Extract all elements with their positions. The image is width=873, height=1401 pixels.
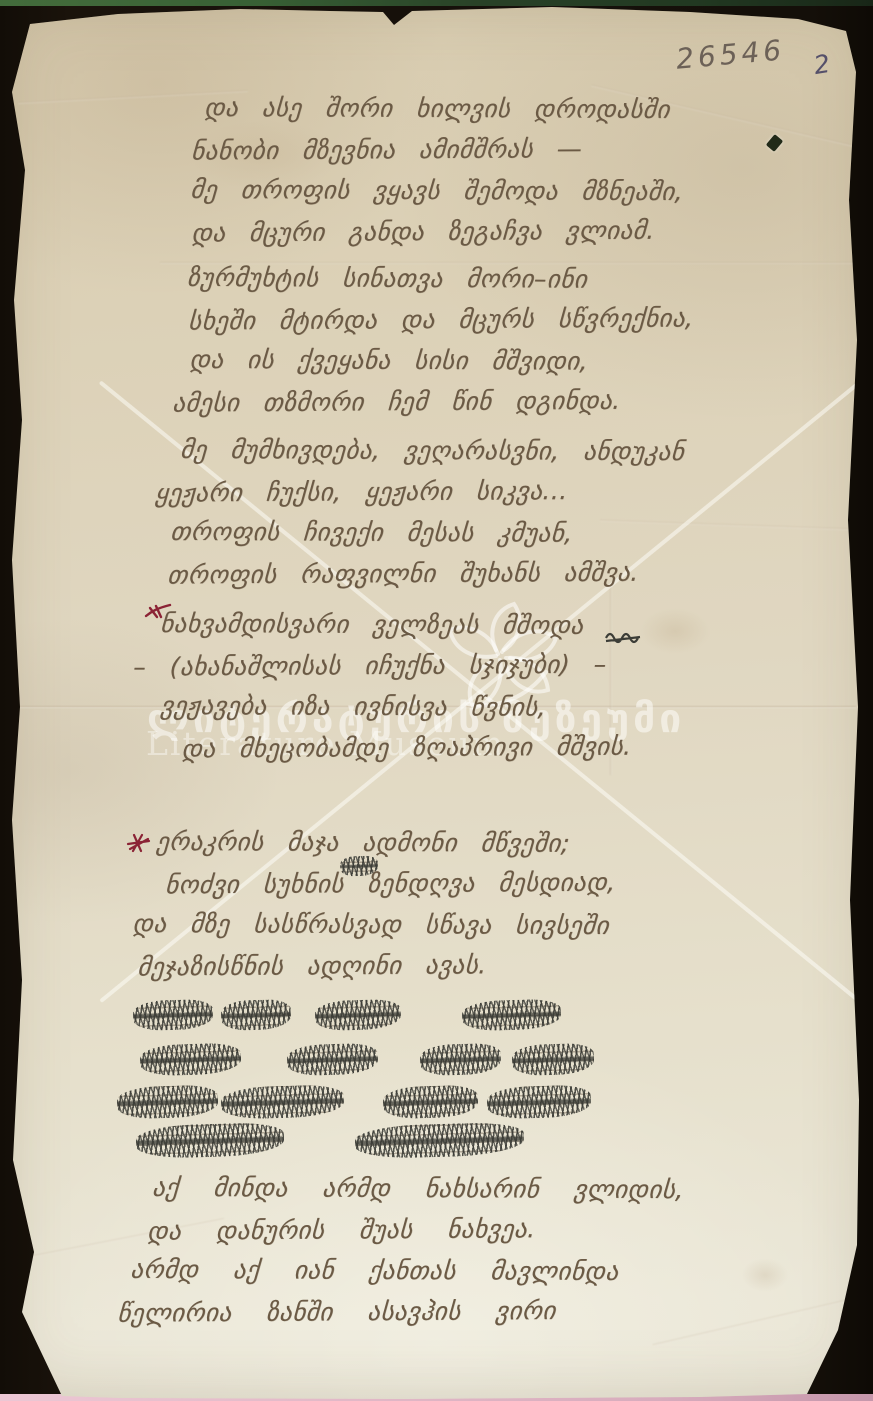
scribble-blob	[355, 1122, 525, 1160]
verse-line: სხეში მტირდა და მცურს სწვრექნია,	[187, 297, 695, 341]
paper-hole	[766, 134, 783, 152]
scribble-blob	[140, 1043, 242, 1077]
scribble-blob	[420, 1043, 502, 1076]
stanza: მე მუმხივდება, ვეღარასვნი, ანდუკანყეჟარი…	[170, 430, 686, 594]
scribble-blob	[487, 1085, 592, 1120]
verse-line: და მხეცობამდე ზღაპრივი მშვის.	[180, 726, 633, 770]
verse-line: და მცური განდა ზეგაჩვა ვლიამ.	[190, 210, 682, 254]
scribble-blob	[512, 1043, 595, 1076]
background-green-edge	[0, 0, 873, 6]
verse-line: თროფის ჩივექი მესას კმუან,	[169, 511, 680, 554]
red-asterisk-marker-icon	[126, 832, 152, 854]
page-number: 2	[812, 49, 832, 80]
scribble-blob	[462, 999, 562, 1032]
verse-line: ნანობი მზევნია ამიმშრას —	[190, 127, 688, 171]
scribble-blob	[287, 1043, 379, 1077]
verse-line: ამესი თზმორი ჩემ წინ დგინდა.	[171, 379, 689, 423]
scribble-blob	[117, 1085, 219, 1120]
verse-line: და ის ქვეყანა სისი მშვიდი,	[188, 339, 692, 382]
verse-line: ნახვამდისვარი ველზეას მშოდა	[159, 603, 642, 646]
verse-line: ვეჟავება იზა ივნისვა წვნის,	[159, 685, 636, 728]
verse-line: აქ მინდა არმდ ნახსარინ ვლიდის,	[151, 1167, 686, 1210]
stanza: ზურმუხტის სინათვა მორი–ინისხეში მტირდა დ…	[177, 258, 698, 422]
verse-line: არმდ აქ იან ქანთას მავლინდა	[129, 1249, 680, 1292]
stanza: ერაკრის მაჯა ადმონი მწვეში;ნოძვი სუხნის …	[146, 822, 620, 986]
scribble-blob	[133, 999, 214, 1031]
manuscript-paper: ლიტერატურის მუზეუმი Literature Museum 26…	[0, 0, 873, 1401]
verse-line: ერაკრის მაჯა ადმონი მწვეში;	[155, 821, 620, 864]
catalog-number: 26546	[675, 33, 787, 75]
verse-line: და ასე შორი ხილვის დროდასში	[203, 87, 691, 130]
paper-stain	[640, 608, 710, 654]
verse-line: ნოძვი სუხნის ზენდღვა მესდიად,	[164, 862, 617, 906]
verse-line: – (ახანაშლისას იჩუქნა სჯიჯუბი) –	[132, 643, 639, 687]
verse-line: მეჯაზისწნის ადღინი ავას.	[136, 944, 611, 988]
scribble-blob	[221, 1084, 345, 1119]
verse-line: მე მუმხივდება, ვეღარასვნი, ანდუკან	[179, 429, 686, 472]
stanza: და ასე შორი ხილვის დროდასშინანობი მზევნი…	[194, 88, 690, 252]
scribble-blob	[383, 1085, 479, 1120]
verse-line: თროფის რაფვილნი შუხანს ამშვა.	[166, 551, 677, 595]
stanza: ნახვამდისვარი ველზეას მშოდა– (ახანაშლისა…	[142, 604, 641, 768]
verse-line: ზურმუხტის სინათვა მორი–ინი	[186, 257, 698, 300]
stanza: აქ მინდა არმდ ნახსარინ ვლიდის,და დანურის…	[130, 1168, 685, 1332]
verse-line: ყეჟარი ჩუქსი, ყეჟარი სიკვა...	[154, 469, 683, 513]
scribble-blob	[136, 1122, 285, 1159]
paper-stain	[742, 1258, 788, 1292]
verse-line: მე თროფის ვყავს შემოდა მზნეაში,	[189, 169, 685, 212]
scan-background: ლიტერატურის მუზეუმი Literature Museum 26…	[0, 0, 873, 1401]
scribble-blob	[315, 999, 402, 1031]
verse-line: და დანურის შუას ნახვეა.	[146, 1207, 683, 1251]
verse-line: წელირია ზანში ასავჰის ვირი	[116, 1289, 677, 1333]
crease-bottom-right	[653, 1296, 863, 1346]
scribble-blob	[221, 999, 292, 1031]
verse-line: და მზე სასწრასვად სწავა სივსეში	[131, 903, 614, 946]
